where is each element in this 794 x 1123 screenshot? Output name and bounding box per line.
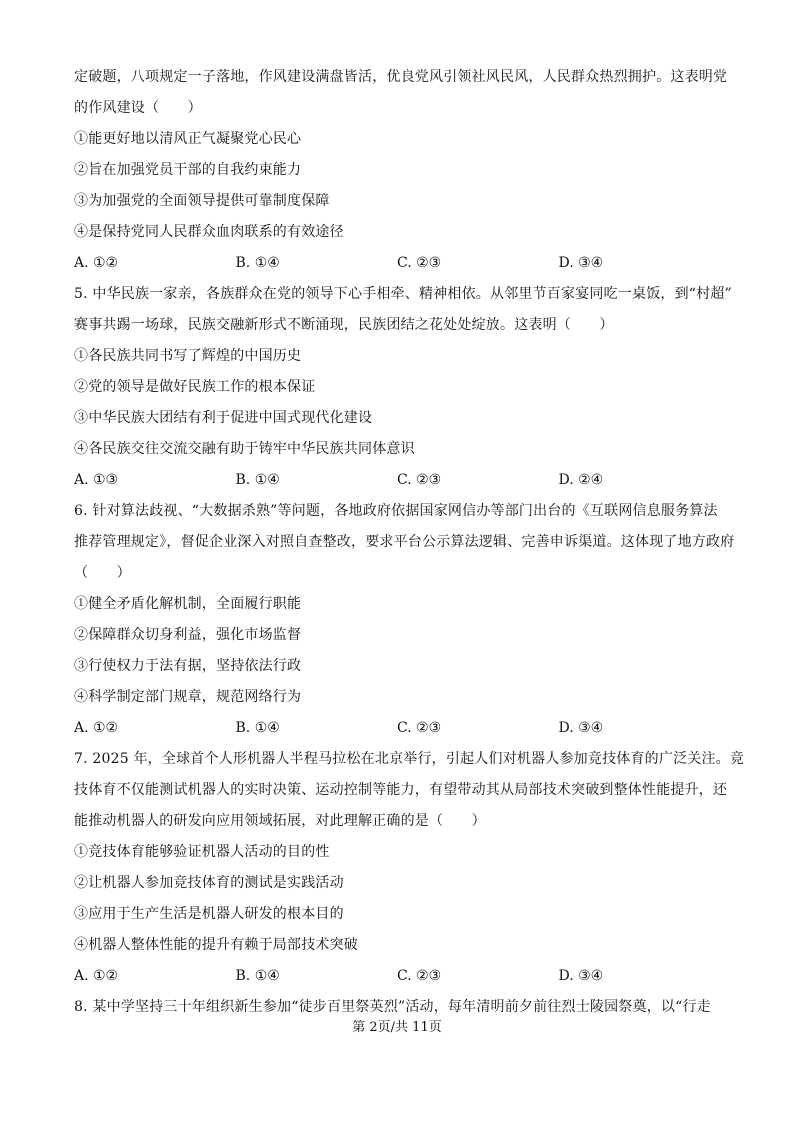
answer-options: A. ①② B. ①④ C. ②③ D. ③④ xyxy=(74,248,720,279)
question-7: 7. 2025 年，全球首个人形机器人半程马拉松在北京举行，引起人们对机器人参加… xyxy=(74,744,720,992)
question-stem-line: （ ） xyxy=(74,558,720,589)
statement-4: ④各民族交往交流交融有助于铸牢中华民族共同体意识 xyxy=(74,434,720,465)
option-d: D. ③④ xyxy=(559,248,721,279)
question-stem-line: 能推动机器人的研发向应用领域拓展，对此理解正确的是（ ） xyxy=(74,806,720,837)
option-b: B. ①④ xyxy=(236,961,398,992)
statement-3: ③为加强党的全面领导提供可靠制度保障 xyxy=(74,186,720,217)
statement-1: ①能更好地以清风正气凝聚党心民心 xyxy=(74,124,720,155)
statement-3: ③应用于生产生活是机器人研发的根本目的 xyxy=(74,899,720,930)
document-page: 定破题，八项规定一子落地，作风建设满盘皆活，优良党风引领社风民风，人民群众热烈拥… xyxy=(74,62,720,1023)
statement-2: ②党的领导是做好民族工作的根本保证 xyxy=(74,372,720,403)
option-c: C. ②③ xyxy=(397,248,559,279)
question-5: 5. 中华民族一家亲，各族群众在党的领导下心手相牵、精神相依。从邻里节百家宴同吃… xyxy=(74,279,720,496)
answer-options: A. ①② B. ①④ C. ②③ D. ③④ xyxy=(74,713,720,744)
option-b: B. ①④ xyxy=(236,465,398,496)
option-b: B. ①④ xyxy=(236,713,398,744)
question-stem-line: 推荐管理规定》，督促企业深入对照自查整改，要求平台公示算法逻辑、完善申诉渠道。这… xyxy=(74,527,720,558)
option-a: A. ①③ xyxy=(74,465,236,496)
statement-1: ①竞技体育能够验证机器人活动的目的性 xyxy=(74,837,720,868)
statement-2: ②让机器人参加竞技体育的测试是实践活动 xyxy=(74,868,720,899)
option-c: C. ②③ xyxy=(397,713,559,744)
option-c: C. ②③ xyxy=(397,961,559,992)
answer-options: A. ①③ B. ①④ C. ②③ D. ②④ xyxy=(74,465,720,496)
statement-4: ④科学制定部门规章，规范网络行为 xyxy=(74,682,720,713)
option-d: D. ②④ xyxy=(559,465,721,496)
statement-2: ②保障群众切身利益，强化市场监督 xyxy=(74,620,720,651)
question-stem-line: 定破题，八项规定一子落地，作风建设满盘皆活，优良党风引领社风民风，人民群众热烈拥… xyxy=(74,62,720,93)
statement-1: ①各民族共同书写了辉煌的中国历史 xyxy=(74,341,720,372)
question-stem-line: 5. 中华民族一家亲，各族群众在党的领导下心手相牵、精神相依。从邻里节百家宴同吃… xyxy=(74,279,720,310)
option-a: A. ①② xyxy=(74,248,236,279)
option-a: A. ①② xyxy=(74,713,236,744)
question-stem-line: 的作风建设（ ） xyxy=(74,93,720,124)
page-footer: 第 2页/共 11页 xyxy=(0,1020,794,1036)
option-a: A. ①② xyxy=(74,961,236,992)
question-stem-line: 8. 某中学坚持三十年组织新生参加“徒步百里祭英烈”活动，每年清明前夕前往烈士陵… xyxy=(74,992,720,1023)
question-stem-line: 6. 针对算法歧视、“大数据杀熟”等问题，各地政府依据国家网信办等部门出台的《互… xyxy=(74,496,720,527)
question-8: 8. 某中学坚持三十年组织新生参加“徒步百里祭英烈”活动，每年清明前夕前往烈士陵… xyxy=(74,992,720,1023)
statement-3: ③行使权力于法有据，坚持依法行政 xyxy=(74,651,720,682)
option-d: D. ③④ xyxy=(559,713,721,744)
statement-4: ④是保持党同人民群众血肉联系的有效途径 xyxy=(74,217,720,248)
answer-options: A. ①② B. ①④ C. ②③ D. ③④ xyxy=(74,961,720,992)
option-d: D. ③④ xyxy=(559,961,721,992)
option-c: C. ②③ xyxy=(397,465,559,496)
statement-3: ③中华民族大团结有利于促进中国式现代化建设 xyxy=(74,403,720,434)
question-stem-line: 技体育不仅能测试机器人的实时决策、运动控制等能力，有望带动其从局部技术突破到整体… xyxy=(74,775,720,806)
statement-2: ②旨在加强党员干部的自我约束能力 xyxy=(74,155,720,186)
question-stem-line: 赛事共踢一场球，民族交融新形式不断涌现，民族团结之花处处绽放。这表明（ ） xyxy=(74,310,720,341)
statement-1: ①健全矛盾化解机制，全面履行职能 xyxy=(74,589,720,620)
question-6: 6. 针对算法歧视、“大数据杀熟”等问题，各地政府依据国家网信办等部门出台的《互… xyxy=(74,496,720,744)
option-b: B. ①④ xyxy=(236,248,398,279)
question-stem-line: 7. 2025 年，全球首个人形机器人半程马拉松在北京举行，引起人们对机器人参加… xyxy=(74,744,720,775)
question-4-continued: 定破题，八项规定一子落地，作风建设满盘皆活，优良党风引领社风民风，人民群众热烈拥… xyxy=(74,62,720,279)
statement-4: ④机器人整体性能的提升有赖于局部技术突破 xyxy=(74,930,720,961)
